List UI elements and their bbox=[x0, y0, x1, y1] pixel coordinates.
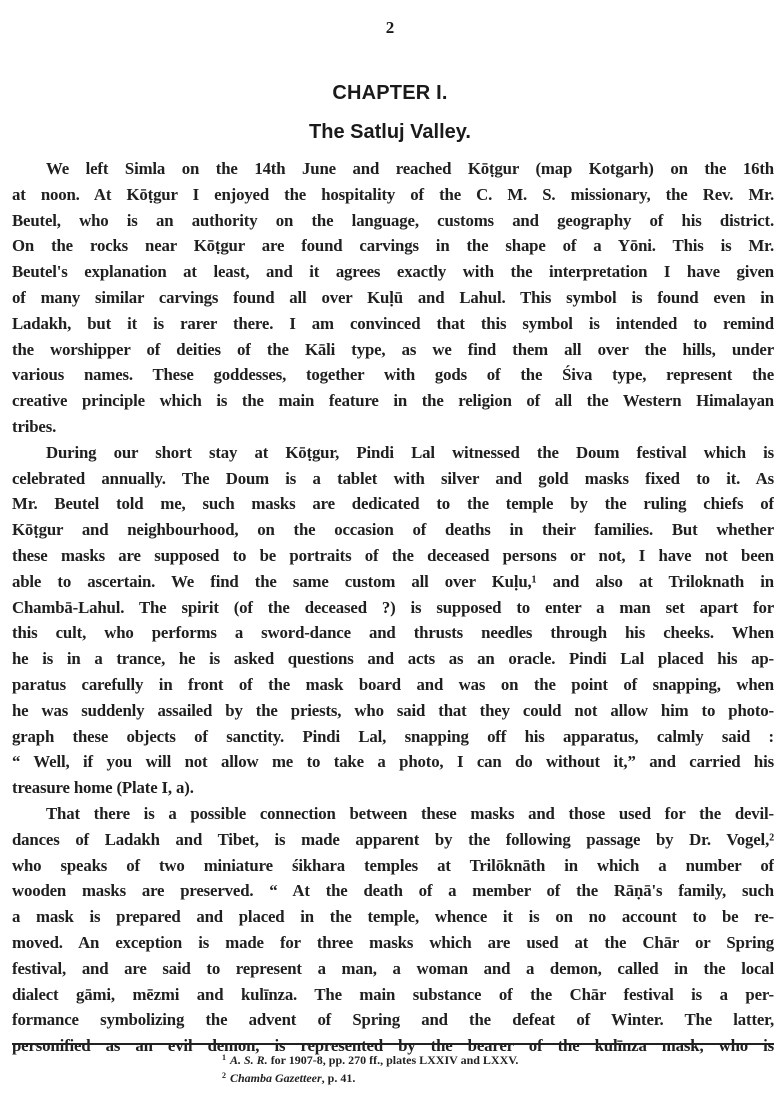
text-line: paratus carefully in front of the mask b… bbox=[12, 672, 774, 698]
text-line: That there is a possible connection betw… bbox=[12, 801, 774, 827]
footnote-text: for 1907-8, pp. 270 ff., plates LXXIV an… bbox=[268, 1053, 519, 1067]
body-text: We left Simla on the 14th June and reach… bbox=[12, 156, 774, 1059]
footnotes: 1A. S. R. for 1907-8, pp. 270 ff., plate… bbox=[222, 1050, 762, 1086]
page-number: 2 bbox=[0, 18, 780, 38]
section-title: The Satluj Valley. bbox=[0, 121, 780, 144]
text-line: Kōṭgur and neighbourhood, on the occasio… bbox=[12, 517, 774, 543]
text-line: wooden masks are preserved. “ At the dea… bbox=[12, 878, 774, 904]
text-line: festival, and are said to represent a ma… bbox=[12, 956, 774, 982]
text-line: who speaks of two miniature śikhara temp… bbox=[12, 853, 774, 879]
document-page: 2 CHAPTER I. The Satluj Valley. We left … bbox=[0, 0, 780, 1108]
footnote: 2Chamba Gazetteer, p. 41. bbox=[222, 1068, 762, 1086]
footnote-mark: 1 bbox=[222, 1053, 226, 1062]
text-line: “ Well, if you will not allow me to take… bbox=[12, 749, 774, 775]
text-line: various names. These goddesses, together… bbox=[12, 362, 774, 388]
text-line: We left Simla on the 14th June and reach… bbox=[12, 156, 774, 182]
text-line: the worshipper of deities of the Kāli ty… bbox=[12, 337, 774, 363]
text-line: he is in a trance, he is asked questions… bbox=[12, 646, 774, 672]
footnote: 1A. S. R. for 1907-8, pp. 270 ff., plate… bbox=[222, 1050, 762, 1068]
text-line: moved. An exception is made for three ma… bbox=[12, 930, 774, 956]
text-line: graph these objects of sanctity. Pindi L… bbox=[12, 724, 774, 750]
text-line: On the rocks near Kōṭgur are found carvi… bbox=[12, 233, 774, 259]
footnote-reference: A. S. R. bbox=[230, 1053, 268, 1067]
text-line: Beutel's explanation at least, and it ag… bbox=[12, 259, 774, 285]
text-line: this cult, who performs a sword-dance an… bbox=[12, 620, 774, 646]
text-line: formance symbolizing the advent of Sprin… bbox=[12, 1007, 774, 1033]
text-line: Mr. Beutel told me, such masks are dedic… bbox=[12, 491, 774, 517]
text-line: Beutel, who is an authority on the langu… bbox=[12, 208, 774, 234]
text-line: During our short stay at Kōṭgur, Pindi L… bbox=[12, 440, 774, 466]
footnote-divider bbox=[12, 1043, 774, 1045]
text-line: Ladakh, but it is rarer there. I am conv… bbox=[12, 311, 774, 337]
text-line: tribes. bbox=[12, 414, 774, 440]
text-line: these masks are supposed to be portraits… bbox=[12, 543, 774, 569]
text-line: dialect gāmi, mēzmi and kulīnza. The mai… bbox=[12, 982, 774, 1008]
footnote-mark: 2 bbox=[222, 1071, 226, 1080]
text-line: treasure home (Plate I, a). bbox=[12, 775, 774, 801]
text-line: dances of Ladakh and Tibet, is made appa… bbox=[12, 827, 774, 853]
text-line: creative principle which is the main fea… bbox=[12, 388, 774, 414]
text-line: he was suddenly assailed by the priests,… bbox=[12, 698, 774, 724]
text-line: at noon. At Kōṭgur I enjoyed the hospita… bbox=[12, 182, 774, 208]
text-line: a mask is prepared and placed in the tem… bbox=[12, 904, 774, 930]
text-line: Chambā-Lahul. The spirit (of the decease… bbox=[12, 595, 774, 621]
text-line: celebrated annually. The Doum is a table… bbox=[12, 466, 774, 492]
text-line: able to ascertain. We find the same cust… bbox=[12, 569, 774, 595]
chapter-heading: CHAPTER I. bbox=[0, 82, 780, 105]
footnote-text: , p. 41. bbox=[322, 1071, 356, 1085]
text-line: of many similar carvings found all over … bbox=[12, 285, 774, 311]
footnote-reference: Chamba Gazetteer bbox=[230, 1071, 322, 1085]
